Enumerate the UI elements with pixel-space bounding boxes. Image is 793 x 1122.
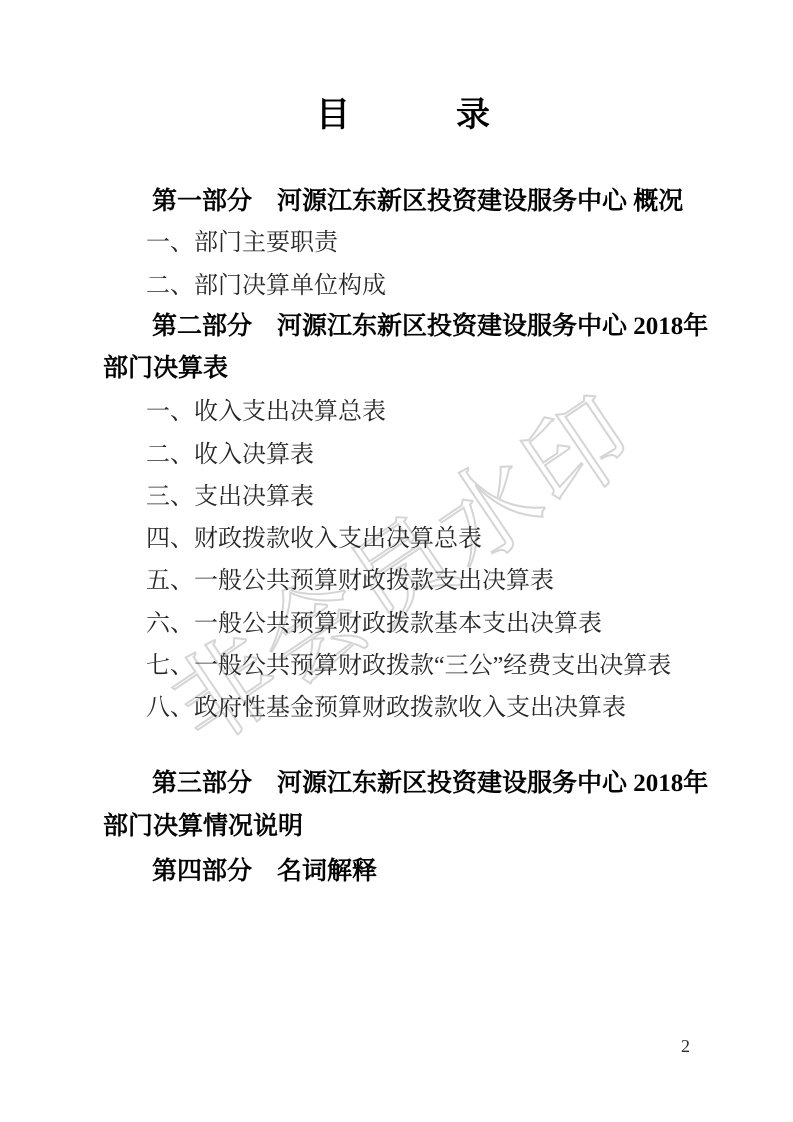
toc-section-3-heading-line-2: 部门决算情况说明 xyxy=(103,811,303,842)
toc-item-s2-8: 八、政府性基金预算财政拨款收入支出决算表 xyxy=(146,693,626,723)
toc-item-s2-4: 四、财政拨款收入支出决算总表 xyxy=(146,524,482,554)
toc-item-s2-5: 五、一般公共预算财政拨款支出决算表 xyxy=(146,566,554,596)
toc-item-s2-6: 六、一般公共预算财政拨款基本支出决算表 xyxy=(146,609,602,639)
toc-item-s2-7: 七、一般公共预算财政拨款“三公”经费支出决算表 xyxy=(146,651,671,681)
page-number: 2 xyxy=(681,1036,690,1057)
toc-section-1-heading: 第一部分 河源江东新区投资建设服务中心 概况 xyxy=(152,186,683,217)
toc-section-2-heading-line-1: 第二部分 河源江东新区投资建设服务中心 2018年 xyxy=(152,311,708,342)
toc-section-4-heading: 第四部分 名词解释 xyxy=(152,856,377,887)
toc-section-2-heading-line-2: 部门决算表 xyxy=(103,353,228,384)
toc-item-s1-1: 一、部门主要职责 xyxy=(146,228,338,258)
toc-item-s2-1: 一、收入支出决算总表 xyxy=(146,397,386,427)
document-page: 非会员水印 目 录 第一部分 河源江东新区投资建设服务中心 概况 一、部门主要职… xyxy=(0,0,793,1122)
toc-item-s2-2: 二、收入决算表 xyxy=(146,440,314,470)
toc-item-s2-3: 三、支出决算表 xyxy=(146,482,314,512)
toc-item-s1-2: 二、部门决算单位构成 xyxy=(146,271,386,301)
page-title: 目 录 xyxy=(14,95,793,138)
toc-section-3-heading-line-1: 第三部分 河源江东新区投资建设服务中心 2018年 xyxy=(152,768,708,799)
